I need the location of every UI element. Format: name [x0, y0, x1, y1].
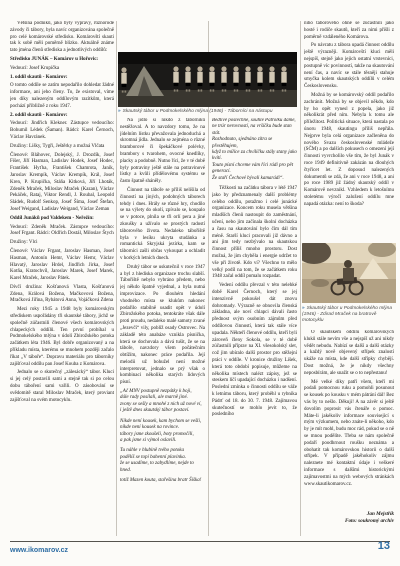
body-paragraph: Druhý tábor se uskutečnil v roce 1947 a … — [120, 265, 205, 387]
text-column-1: Většina podniků, jako byly výpravy, různ… — [10, 21, 114, 536]
photo2-caption: »Skautský tábor u Podmokelského mlýna (1… — [302, 306, 395, 324]
column-divider — [116, 21, 117, 536]
text-column-4-lower: O skautském oddílu komárovských kluků st… — [304, 330, 394, 509]
verse-line: a pak jsme si výmol oslavili. — [120, 438, 205, 444]
verse-line: i ještě dnes skautský tábor postaví. — [120, 408, 205, 414]
footer-rule — [10, 541, 390, 542]
section-heading: Oddíl Junáků pod Valdekem - Neřežín: — [10, 216, 114, 223]
body-paragraph: Družiny: Lišky, Tygři, Ještěrky a možná … — [10, 144, 114, 151]
body-paragraph: ního táborového ohně se zúčastnili jako … — [304, 21, 394, 41]
body-paragraph: Jednalo se o skutečný „zálesácký“ tábor.… — [10, 370, 114, 404]
photo1-caption: »Skautský tábor u Podmokelského mlýna (1… — [118, 109, 298, 115]
text-column-3: Bedlivě poslechne, souhle Patrolku dáme,… — [212, 118, 297, 536]
column-divider — [300, 21, 301, 536]
photo1-caption-text: Skautský tábor u Podmokelského mlýna (19… — [123, 109, 273, 114]
page-number: 13 — [378, 540, 390, 552]
body-paragraph: Vedoucí: Zdeněk Mraček. Zástupce vedoucí… — [10, 225, 114, 239]
byline: Jan Mejstřík Foto: soukromý archiv — [303, 511, 394, 525]
text-column-4-upper: ního táborového ohně se zúčastnili jako … — [304, 21, 394, 241]
body-paragraph: Dívčí družina: Košťanová Vlasta, Košťano… — [10, 285, 114, 305]
section-heading: 1. oddíl skautů - Komárov: — [10, 75, 114, 82]
verse-line: tábory jsme zkoušeli, boty promočili, — [120, 432, 205, 438]
text-column-2: Na jídlo si nikdo z táborníků nestěžoval… — [120, 118, 205, 536]
verse-line: Touto písní chceme vám říci rádi pro pět… — [212, 163, 297, 176]
photo-credit: Foto: soukromý archiv — [303, 518, 394, 525]
section-heading: Středisko JUNÁK – Komárov u Hořovic: — [10, 57, 114, 64]
body-paragraph: Vedoucí: Josef Krupička — [10, 66, 114, 73]
body-paragraph: Na jídlo si nikdo z táborníků nestěžoval… — [120, 118, 205, 186]
body-paragraph: Možná by se komárovský oddíl podařilo za… — [304, 93, 394, 209]
photo-scout-camp-lineup — [118, 52, 297, 107]
body-paragraph: Družiny: Vlci — [10, 240, 114, 247]
body-paragraph: O tomto oddíle se zatím nepodařilo dohle… — [10, 83, 114, 110]
author-name: Jan Mejstřík — [303, 511, 394, 518]
caption-marker-icon: » — [118, 109, 121, 114]
body-paragraph: Po návratu z tábora upadá činnost oddílu… — [304, 43, 394, 91]
body-paragraph: Vedoucí: Jindřich Klekner. Zástupce vedo… — [10, 121, 114, 141]
verse-line: totiž Mazen kouta, stařešina bratr Šiška… — [120, 478, 205, 484]
verse-line: ne trúr nerovností, na vršíčku bude stan… — [212, 124, 297, 137]
body-paragraph: Činnost na táboře se příliš nelišila od … — [120, 188, 205, 263]
motorcycle-photo-illustration — [302, 243, 396, 303]
body-paragraph: Vedení oddílu převzal v této nelehké dob… — [212, 283, 297, 419]
photo-scout-motorcycle — [302, 243, 396, 303]
section-heading: 2. oddíl skautů - Komárov: — [10, 113, 114, 120]
verse-line: že se usadíme, to zabydlíme, nejde to hn… — [120, 461, 205, 474]
verse-line: Že staří Čechové bývali kamarádi“. — [212, 176, 297, 182]
verse-line: když to mílíce za chviličku stály stany … — [212, 150, 297, 163]
body-paragraph: Většina podniků, jako byly výpravy, různ… — [10, 21, 114, 55]
photo2-caption-text: Skautský tábor u Podmokelského mlýna (19… — [302, 306, 392, 323]
footer-website-url: www.ikomarov.cz — [10, 547, 68, 554]
body-paragraph: Členové: Bláhovec, Dolejský, J. Drozdík,… — [10, 153, 114, 214]
body-paragraph: Mezi roky 1945 a 1948 byly komárovským s… — [10, 307, 114, 368]
camp-photo-illustration — [118, 52, 297, 107]
verse-line: Rozhodnuto, sjednáno zítra se přestěhuje… — [212, 137, 297, 150]
body-paragraph: O skautském oddílu komárovských kluků st… — [304, 330, 394, 378]
body-paragraph: Členové: Václav Frgant, Jaroslav Hasman,… — [10, 249, 114, 283]
body-paragraph: Mé velké díky patří všem, kteří mi podal… — [304, 380, 394, 489]
body-paragraph: Těžkosti na začátku tábora v létě 1947 j… — [212, 186, 297, 281]
magazine-page: Většina podniků, jako byly výpravy, různ… — [0, 0, 400, 566]
caption-marker-icon: » — [302, 306, 305, 311]
